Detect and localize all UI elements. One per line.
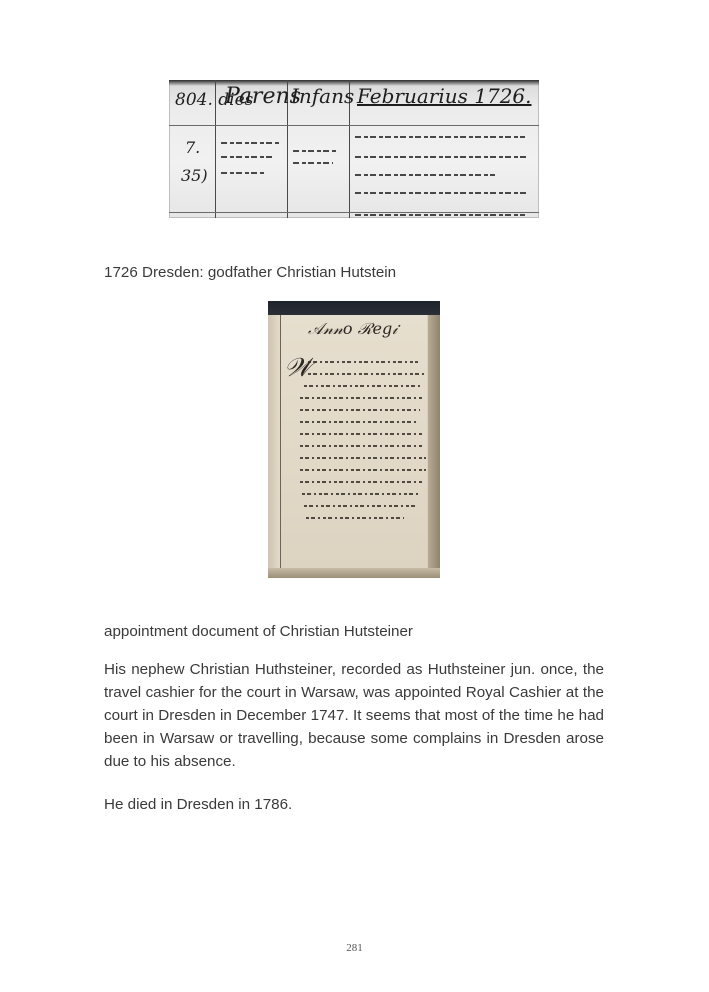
handwriting-stroke <box>355 156 527 158</box>
register-entry-number: 35) <box>181 166 208 185</box>
photo-background <box>268 301 440 315</box>
handwriting-line <box>300 433 424 435</box>
handwriting-line <box>300 421 418 423</box>
handwriting-line <box>308 373 424 375</box>
handwriting-line <box>300 445 422 447</box>
handwriting-line <box>300 409 420 411</box>
church-register-image: 804. dies Parens Infans Februarius 1726.… <box>169 80 539 218</box>
handwriting-line <box>300 481 424 483</box>
register-row-divider <box>169 125 539 126</box>
handwriting-stroke <box>293 150 337 152</box>
handwriting-stroke <box>221 172 265 174</box>
register-header-infans: Infans <box>291 84 354 108</box>
body-paragraph: He died in Dresden in 1786. <box>104 793 604 816</box>
document-initial-flourish: 𝒲 <box>284 353 311 384</box>
register-header-month: Februarius 1726. <box>357 84 532 108</box>
document-paper <box>280 311 427 569</box>
handwriting-line <box>302 493 420 495</box>
handwriting-stroke <box>355 192 529 194</box>
register-row-divider <box>169 212 539 213</box>
body-paragraph: His nephew Christian Huthsteiner, record… <box>104 658 604 773</box>
handwriting-stroke <box>221 156 273 158</box>
page-number: 281 <box>0 942 709 954</box>
handwriting-stroke <box>355 136 525 138</box>
handwriting-line <box>308 361 418 363</box>
handwriting-line <box>300 457 426 459</box>
handwriting-stroke <box>355 214 525 216</box>
handwriting-line <box>304 385 422 387</box>
handwriting-stroke <box>293 162 333 164</box>
register-header-parens: Parens <box>225 84 301 109</box>
register-day: 7. <box>185 138 200 157</box>
handwriting-line <box>300 469 426 471</box>
figure-caption-appointment: appointment document of Christian Hutste… <box>104 620 604 643</box>
handwriting-stroke <box>355 174 495 176</box>
handwriting-line <box>306 517 404 519</box>
handwriting-line <box>304 505 416 507</box>
handwriting-stroke <box>221 142 279 144</box>
appointment-document-image: 𝒜𝓃𝓃𝑜 ℛ𝑒𝑔𝒾 𝒲 <box>268 301 440 578</box>
document-heading-flourish: 𝒜𝓃𝓃𝑜 ℛ𝑒𝑔𝒾 <box>308 319 397 339</box>
figure-caption-register: 1726 Dresden: godfather Christian Hutste… <box>104 261 604 284</box>
book-edge <box>268 568 440 578</box>
document-page: 804. dies Parens Infans Februarius 1726.… <box>0 0 709 992</box>
book-edge <box>268 301 280 578</box>
handwriting-line <box>300 397 424 399</box>
book-edge <box>428 301 440 578</box>
